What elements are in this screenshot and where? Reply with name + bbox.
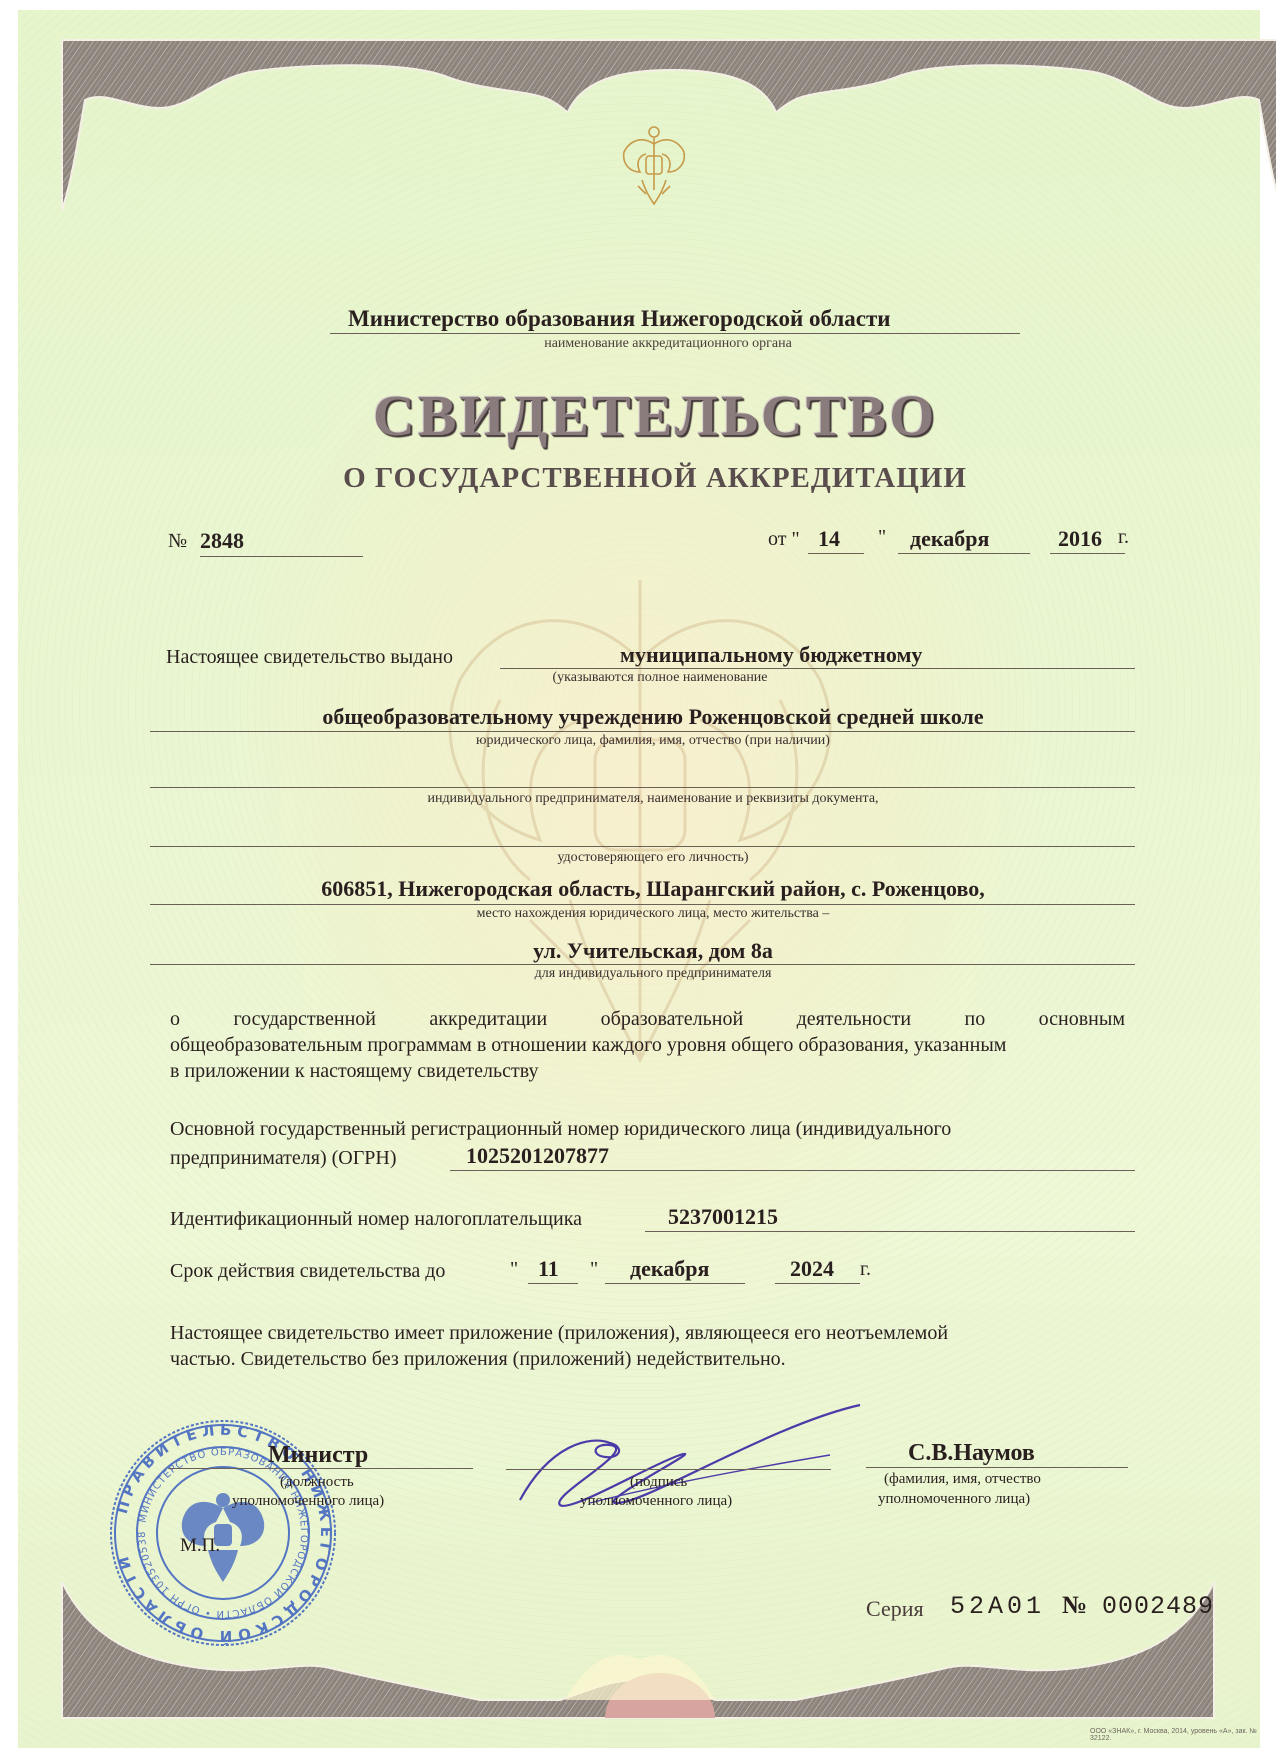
issue-day: 14: [818, 526, 840, 552]
issued-to-caption3: индивидуального предпринимателя, наимено…: [0, 791, 1276, 807]
inn-label: Идентификационный номер налогоплательщик…: [170, 1208, 582, 1231]
address-caption2: для индивидуального предпринимателя: [0, 966, 1276, 982]
signatory-name: С.В.Наумов: [908, 1440, 1035, 1467]
ogrn-label-line1: Основной государственный регистрационный…: [170, 1118, 951, 1141]
date-prefix: от ": [768, 528, 800, 551]
issue-month: декабря: [910, 526, 989, 552]
name-underline: [866, 1467, 1128, 1468]
annex-line2: частью. Свидетельство без приложения (пр…: [170, 1348, 786, 1371]
paragraph-word: деятельности: [797, 1008, 912, 1031]
position-underline: [168, 1468, 473, 1469]
issued-to-line2-underline: [150, 731, 1135, 732]
year-suffix: г.: [1118, 526, 1129, 549]
paragraph-word: основным: [1039, 1008, 1125, 1031]
position-caption1: (должность: [280, 1474, 354, 1491]
address-line1-underline: [150, 904, 1135, 905]
valid-day: 11: [538, 1256, 559, 1282]
position-caption2: уполномоченного лица): [232, 1493, 384, 1510]
valid-year: 2024: [790, 1256, 834, 1282]
paragraph-word: образовательной: [601, 1008, 744, 1031]
issue-month-underline: [898, 553, 1030, 554]
ogrn-underline: [450, 1170, 1135, 1171]
valid-month-underline: [605, 1283, 745, 1284]
date-quote: ": [878, 526, 886, 549]
signature-caption2: уполномоченного лица): [580, 1493, 732, 1510]
valid-quote-open: ": [510, 1258, 518, 1281]
address-line1: 606851, Нижегородская область, Шарангски…: [0, 876, 1276, 902]
issued-to-label: Настоящее свидетельство выдано: [166, 646, 453, 669]
issued-to-line1-underline: [500, 668, 1135, 669]
issue-year-underline: [1050, 553, 1125, 554]
issued-to-line3-underline: [150, 787, 1135, 788]
series-label: Серия: [866, 1596, 924, 1622]
serial-number: 0002489: [1102, 1592, 1214, 1621]
issued-to-line4-underline: [150, 846, 1135, 847]
issued-to-caption2: юридического лица, фамилия, имя, отчеств…: [0, 733, 1276, 749]
ogrn-value: 1025201207877: [466, 1143, 609, 1169]
paragraph-word: о: [170, 1008, 180, 1031]
seal-place-label: М.П.: [180, 1535, 220, 1557]
series-code: 52А01: [950, 1592, 1045, 1621]
authority-underline: [330, 333, 1020, 334]
accreditation-authority: Министерство образования Нижегородской о…: [348, 306, 891, 332]
paragraph-word: аккредитации: [429, 1008, 547, 1031]
valid-year-suffix: г.: [860, 1258, 871, 1281]
inn-underline: [645, 1231, 1135, 1232]
address-line2-underline: [150, 964, 1135, 965]
issued-to-line2: общеобразовательному учреждению Роженцов…: [0, 704, 1276, 730]
valid-year-underline: [775, 1283, 860, 1284]
signature-underline: [506, 1469, 831, 1470]
certificate-subtitle: О ГОСУДАРСТВЕННОЙ АККРЕДИТАЦИИ: [0, 462, 1276, 495]
paragraph-word: государственной: [233, 1008, 376, 1031]
issue-day-underline: [808, 553, 864, 554]
authority-caption: наименование аккредитационного органа: [0, 336, 1276, 352]
issued-to-caption1: (указываются полное наименование: [500, 670, 820, 686]
number-underline: [200, 556, 363, 557]
accreditation-paragraph-line2: общеобразовательным программам в отношен…: [170, 1034, 1006, 1057]
signature-caption1: (подпись: [630, 1474, 687, 1491]
ogrn-label-line2: предпринимателя) (ОГРН): [170, 1147, 397, 1170]
serial-number-prefix: №: [1062, 1592, 1087, 1620]
printer-note: ООО «ЗНАК», г. Москва, 2014, уровень «А»…: [1090, 1728, 1276, 1742]
valid-quote-close: ": [590, 1258, 598, 1281]
issued-to-line1: муниципальному бюджетному: [620, 642, 922, 668]
signatory-position: Министр: [268, 1442, 368, 1469]
valid-day-underline: [528, 1283, 578, 1284]
number-prefix: №: [168, 530, 187, 553]
name-caption1: (фамилия, имя, отчество: [884, 1471, 1041, 1488]
valid-month: декабря: [630, 1256, 709, 1282]
validity-label: Срок действия свидетельства до: [170, 1260, 445, 1283]
issued-to-caption4: удостоверяющего его личность): [0, 850, 1276, 866]
accreditation-paragraph-line3: в приложении к настоящему свидетельству: [170, 1060, 538, 1083]
annex-line1: Настоящее свидетельство имеет приложение…: [170, 1322, 948, 1345]
paragraph-word: по: [965, 1008, 986, 1031]
issue-year: 2016: [1058, 526, 1102, 552]
certificate-title: СВИДЕТЕЛЬСТВО: [0, 382, 1276, 449]
certificate-number: 2848: [200, 528, 244, 554]
address-line2: ул. Учительская, дом 8а: [0, 938, 1276, 964]
coat-of-arms-icon: [612, 120, 696, 210]
inn-value: 5237001215: [668, 1204, 778, 1230]
name-caption2: уполномоченного лица): [878, 1491, 1030, 1508]
address-caption1: место нахождения юридического лица, мест…: [0, 906, 1276, 922]
accreditation-paragraph-line1: огосударственнойаккредитацииобразователь…: [170, 1008, 1125, 1031]
